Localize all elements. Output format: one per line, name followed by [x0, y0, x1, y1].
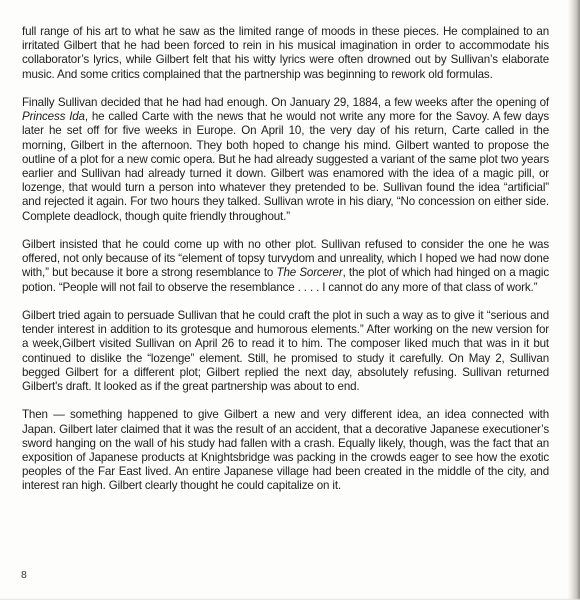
text-segment: Then — something happened to give Gilber…	[22, 408, 549, 492]
body-text: full range of his art to what he saw as …	[22, 25, 549, 508]
paragraph-1: full range of his art to what he saw as …	[22, 25, 549, 82]
text-segment: Gilbert tried again to persuade Sullivan…	[22, 309, 549, 393]
page-edge-shadow	[568, 0, 580, 600]
paragraph-4: Gilbert tried again to persuade Sullivan…	[22, 309, 549, 394]
paragraph-2: Finally Sullivan decided that he had had…	[22, 96, 549, 224]
book-page: full range of his art to what he saw as …	[0, 0, 580, 600]
paragraph-3: Gilbert insisted that he could come up w…	[22, 238, 549, 295]
text-segment: Finally Sullivan decided that he had had…	[22, 96, 549, 109]
text-segment: full range of his art to what he saw as …	[22, 25, 549, 81]
text-segment: , he called Carte with the news that he …	[22, 110, 549, 222]
title-princess-ida: Princess Ida	[22, 110, 85, 123]
page-number: 8	[21, 569, 27, 581]
title-the-sorcerer: The Sorcerer	[277, 266, 343, 279]
paragraph-5: Then — something happened to give Gilber…	[22, 408, 549, 493]
